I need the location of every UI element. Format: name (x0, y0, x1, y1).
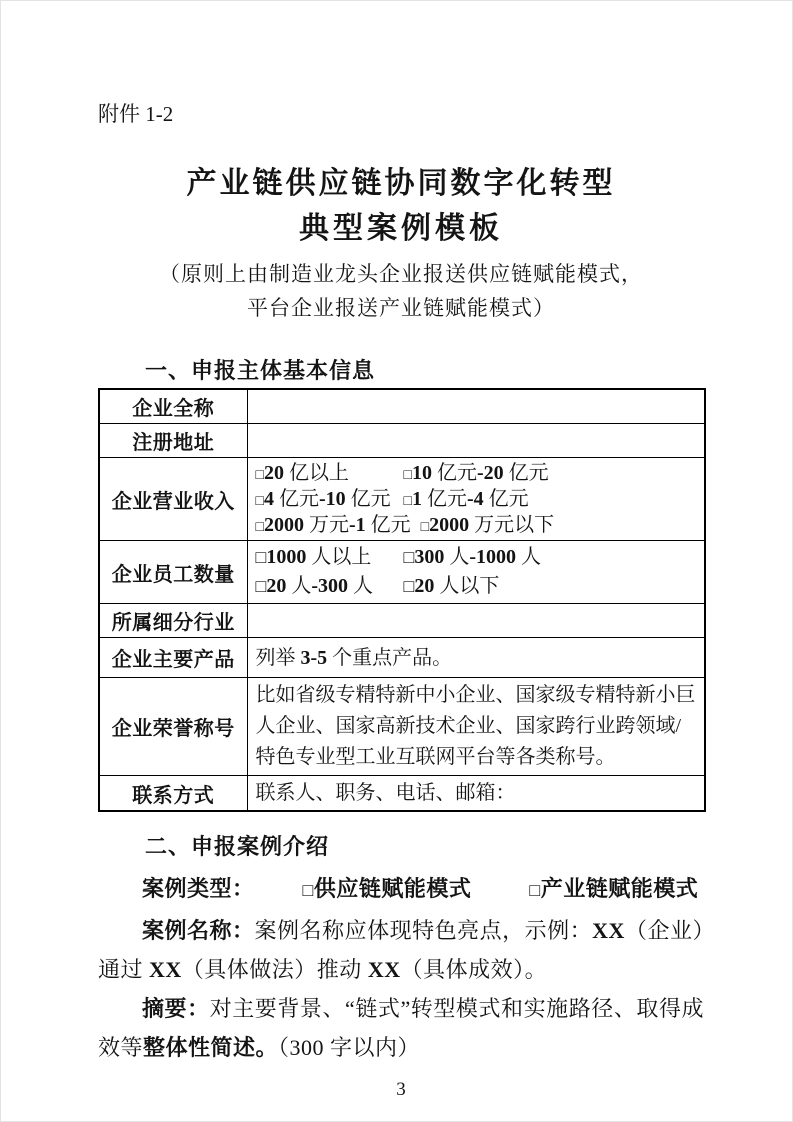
row-label-company-name: 企业全称 (99, 389, 247, 424)
table-row-honors: 企业荣誉称号 比如省级专精特新中小企业、国家级专精特新小巨人企业、国家高新技术企… (99, 678, 705, 776)
applicant-info-table: 企业全称 注册地址 企业营业收入 □20 亿以上 □10 亿元-20 亿元 □4… (98, 388, 706, 812)
checkbox-icon[interactable]: □ (421, 521, 429, 535)
checkbox-icon[interactable]: □ (404, 548, 415, 566)
revenue-option-5[interactable]: □2000 万元-1 亿元 (256, 512, 411, 538)
employee-option-row: □20 人-300 人 □20 人以下 (256, 572, 697, 601)
document-title-line2: 典型案例模板 (98, 209, 704, 249)
row-label-contact: 联系方式 (99, 776, 247, 812)
checkbox-icon[interactable]: □ (256, 495, 264, 509)
employee-option-3[interactable]: □20 人-300 人 (256, 572, 394, 601)
document-page: 附件 1-2 产业链供应链协同数字化转型 典型案例模板 （原则上由制造业龙头企业… (0, 0, 793, 1122)
case-type-line: 案例类型：□供应链赋能模式□产业链赋能模式 (98, 873, 704, 905)
revenue-option-3[interactable]: □4 亿元-10 亿元 (256, 486, 394, 512)
revenue-option-1[interactable]: □20 亿以上 (256, 460, 394, 486)
section1-heading: 一、申报主体基本信息 (98, 357, 704, 385)
checkbox-label: 4 亿元-10 亿元 (264, 488, 391, 510)
checkbox-icon[interactable]: □ (256, 548, 267, 566)
checkbox-icon[interactable]: □ (259, 881, 314, 899)
revenue-option-2[interactable]: □10 亿元-20 亿元 (404, 460, 549, 486)
case-type-label: 案例类型： (142, 876, 255, 901)
abstract-text-after: （300 字以内） (278, 1035, 420, 1060)
abstract-text-bold: 整体性简述。 (143, 1035, 278, 1060)
row-label-main-products: 企业主要产品 (99, 638, 247, 678)
revenue-option-4[interactable]: □1 亿元-4 亿元 (404, 486, 529, 512)
case-type-option-supply-chain[interactable]: □供应链赋能模式 (259, 876, 472, 901)
revenue-option-6[interactable]: □2000 万元以下 (421, 512, 554, 538)
title-note: （原则上由制造业龙头企业报送供应链赋能模式， 平台企业报送产业链赋能模式） (98, 257, 704, 325)
row-value-employee-options: □1000 人以上 □300 人-1000 人 □20 人-300 人 □20 … (247, 541, 705, 604)
table-row-main-products: 企业主要产品 列举 3-5 个重点产品。 (99, 638, 705, 678)
employee-option-2[interactable]: □300 人-1000 人 (404, 543, 542, 572)
checkbox-icon[interactable]: □ (404, 577, 415, 595)
checkbox-label: 10 亿元-20 亿元 (412, 462, 549, 484)
checkbox-label: 2000 万元以下 (429, 514, 554, 536)
title-note-line2: 平台企业报送产业链赋能模式） (98, 291, 704, 325)
checkbox-label: 20 人-300 人 (266, 575, 373, 597)
table-row-registered-address: 注册地址 (99, 424, 705, 458)
checkbox-label: 供应链赋能模式 (314, 876, 472, 901)
revenue-option-row: □2000 万元-1 亿元 □2000 万元以下 (256, 512, 697, 538)
case-name-paragraph: 案例名称：案例名称应体现特色亮点，示例：XX（企业）通过 XX（具体做法）推动 … (98, 911, 704, 989)
employee-option-4[interactable]: □20 人以下 (404, 572, 500, 601)
row-label-employees: 企业员工数量 (99, 541, 247, 604)
row-value-registered-address[interactable] (247, 424, 705, 458)
checkbox-icon[interactable]: □ (256, 469, 264, 483)
employee-option-1[interactable]: □1000 人以上 (256, 543, 394, 572)
checkbox-label: 20 亿以上 (264, 462, 349, 484)
checkbox-label: 20 人以下 (414, 575, 499, 597)
abstract-label: 摘要： (142, 996, 210, 1021)
checkbox-icon[interactable]: □ (404, 495, 412, 509)
row-label-industry: 所属细分行业 (99, 604, 247, 638)
page-number: 3 (98, 1077, 704, 1103)
row-label-revenue: 企业营业收入 (99, 458, 247, 541)
revenue-option-row: □4 亿元-10 亿元 □1 亿元-4 亿元 (256, 486, 697, 512)
section2-heading: 二、申报案例介绍 (98, 833, 704, 861)
row-value-contact[interactable]: 联系人、职务、电话、邮箱： (247, 776, 705, 812)
employee-option-row: □1000 人以上 □300 人-1000 人 (256, 543, 697, 572)
row-value-main-products[interactable]: 列举 3-5 个重点产品。 (247, 638, 705, 678)
case-name-label: 案例名称： (142, 918, 255, 943)
checkbox-icon[interactable]: □ (404, 469, 412, 483)
checkbox-icon[interactable]: □ (256, 521, 264, 535)
checkbox-icon[interactable]: □ (485, 881, 540, 899)
row-value-revenue-options: □20 亿以上 □10 亿元-20 亿元 □4 亿元-10 亿元 □1 亿元-4… (247, 458, 705, 541)
row-label-registered-address: 注册地址 (99, 424, 247, 458)
row-value-industry[interactable] (247, 604, 705, 638)
checkbox-label: 300 人-1000 人 (414, 546, 541, 568)
table-row-company-name: 企业全称 (99, 389, 705, 424)
table-row-employees: 企业员工数量 □1000 人以上 □300 人-1000 人 □20 人-300… (99, 541, 705, 604)
checkbox-label: 1 亿元-4 亿元 (412, 488, 529, 510)
checkbox-icon[interactable]: □ (256, 577, 267, 595)
revenue-option-row: □20 亿以上 □10 亿元-20 亿元 (256, 460, 697, 486)
table-row-contact: 联系方式 联系人、职务、电话、邮箱： (99, 776, 705, 812)
checkbox-label: 2000 万元-1 亿元 (264, 514, 411, 536)
abstract-paragraph: 摘要：对主要背景、“链式”转型模式和实施路径、取得成效等整体性简述。（300 字… (98, 989, 704, 1067)
attachment-label: 附件 1-2 (98, 101, 704, 127)
table-row-industry: 所属细分行业 (99, 604, 705, 638)
table-row-revenue: 企业营业收入 □20 亿以上 □10 亿元-20 亿元 □4 亿元-10 亿元 … (99, 458, 705, 541)
checkbox-label: 1000 人以上 (266, 546, 371, 568)
row-label-honors: 企业荣誉称号 (99, 678, 247, 776)
case-type-option-industry-chain[interactable]: □产业链赋能模式 (485, 876, 698, 901)
row-value-honors[interactable]: 比如省级专精特新中小企业、国家级专精特新小巨人企业、国家高新技术企业、国家跨行业… (247, 678, 705, 776)
document-title-line1: 产业链供应链协同数字化转型 (98, 163, 704, 205)
checkbox-label: 产业链赋能模式 (541, 876, 699, 901)
row-value-company-name[interactable] (247, 389, 705, 424)
title-note-line1: （原则上由制造业龙头企业报送供应链赋能模式， (98, 257, 704, 291)
